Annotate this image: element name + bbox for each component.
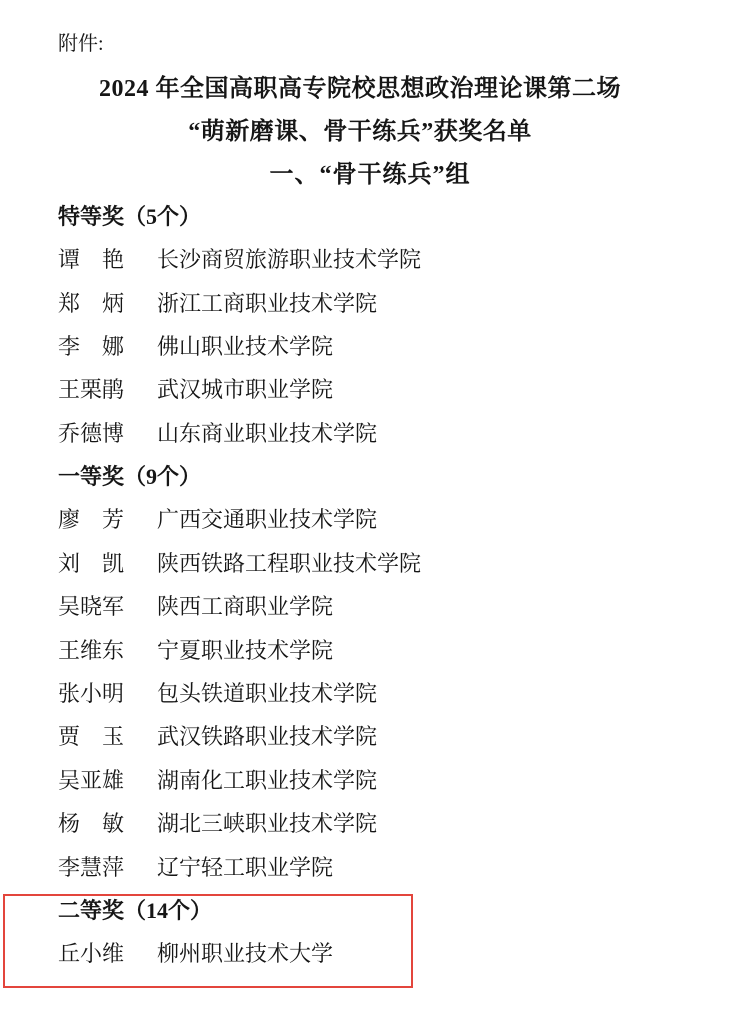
winner-name: 王维东 (58, 634, 124, 665)
winner-institution: 湖北三峡职业技术学院 (157, 807, 377, 838)
winner-institution: 武汉铁路职业技术学院 (157, 720, 377, 751)
winner-row: 乔德博山东商业职业技术学院 (0, 411, 740, 454)
winner-institution: 宁夏职业技术学院 (157, 634, 333, 665)
winner-row: 王栗鹃武汉城市职业学院 (0, 367, 740, 410)
winner-name: 吴亚雄 (58, 764, 124, 795)
winner-institution: 广西交通职业技术学院 (157, 503, 377, 534)
winner-name: 谭 艳 (58, 243, 124, 274)
winner-institution: 辽宁轻工职业学院 (157, 851, 333, 882)
winner-name: 李 娜 (58, 330, 124, 361)
winner-institution: 陕西工商职业学院 (157, 590, 333, 621)
winner-row: 贾 玉武汉铁路职业技术学院 (0, 714, 740, 757)
winner-name: 李慧萍 (58, 851, 124, 882)
winner-name: 贾 玉 (58, 720, 124, 751)
winner-row: 郑 炳浙江工商职业技术学院 (0, 280, 740, 323)
winner-name: 乔德博 (58, 417, 124, 448)
winner-institution: 湖南化工职业技术学院 (157, 764, 377, 795)
winner-row: 李 娜佛山职业技术学院 (0, 324, 740, 367)
winner-row: 张小明包头铁道职业技术学院 (0, 671, 740, 714)
award-group-heading: 二等奖（14个） (0, 888, 740, 931)
winner-name: 郑 炳 (58, 287, 124, 318)
winner-institution: 陕西铁路工程职业技术学院 (157, 547, 421, 578)
winner-institution: 长沙商贸旅游职业技术学院 (157, 243, 421, 274)
winner-row: 丘小维柳州职业技术大学 (0, 931, 740, 974)
winner-name: 杨 敏 (58, 807, 124, 838)
winner-row: 李慧萍辽宁轻工职业学院 (0, 844, 740, 887)
award-group-heading: 特等奖（5个） (0, 194, 740, 237)
winner-row: 谭 艳长沙商贸旅游职业技术学院 (0, 237, 740, 280)
winner-institution: 武汉城市职业学院 (157, 373, 333, 404)
document-page: 附件: 2024 年全国高职高专院校思想政治理论课第二场 “萌新磨课、骨干练兵”… (0, 0, 740, 1035)
winner-institution: 柳州职业技术大学 (157, 937, 333, 968)
winner-name: 丘小维 (58, 937, 124, 968)
winner-name: 刘 凯 (58, 547, 124, 578)
winner-name: 吴晓军 (58, 590, 124, 621)
winner-row: 廖 芳广西交通职业技术学院 (0, 497, 740, 540)
document-title-line1: 2024 年全国高职高专院校思想政治理论课第二场 (0, 63, 740, 106)
award-group-heading: 一等奖（9个） (0, 454, 740, 497)
winner-row: 吴晓军陕西工商职业学院 (0, 584, 740, 627)
winner-row: 王维东宁夏职业技术学院 (0, 627, 740, 670)
winner-institution: 佛山职业技术学院 (157, 330, 333, 361)
section-heading: 一、“骨干练兵”组 (0, 150, 740, 193)
winner-row: 吴亚雄湖南化工职业技术学院 (0, 758, 740, 801)
winner-name: 廖 芳 (58, 503, 124, 534)
winner-institution: 浙江工商职业技术学院 (157, 287, 377, 318)
winner-name: 王栗鹃 (58, 373, 124, 404)
winner-row: 刘 凯陕西铁路工程职业技术学院 (0, 541, 740, 584)
attachment-label: 附件: (0, 20, 740, 63)
winner-name: 张小明 (58, 677, 124, 708)
document-title-line2: “萌新磨课、骨干练兵”获奖名单 (0, 107, 740, 150)
winner-row: 杨 敏湖北三峡职业技术学院 (0, 801, 740, 844)
winner-institution: 包头铁道职业技术学院 (157, 677, 377, 708)
award-list: 特等奖（5个）谭 艳长沙商贸旅游职业技术学院郑 炳浙江工商职业技术学院李 娜佛山… (0, 194, 740, 975)
winner-institution: 山东商业职业技术学院 (157, 417, 377, 448)
